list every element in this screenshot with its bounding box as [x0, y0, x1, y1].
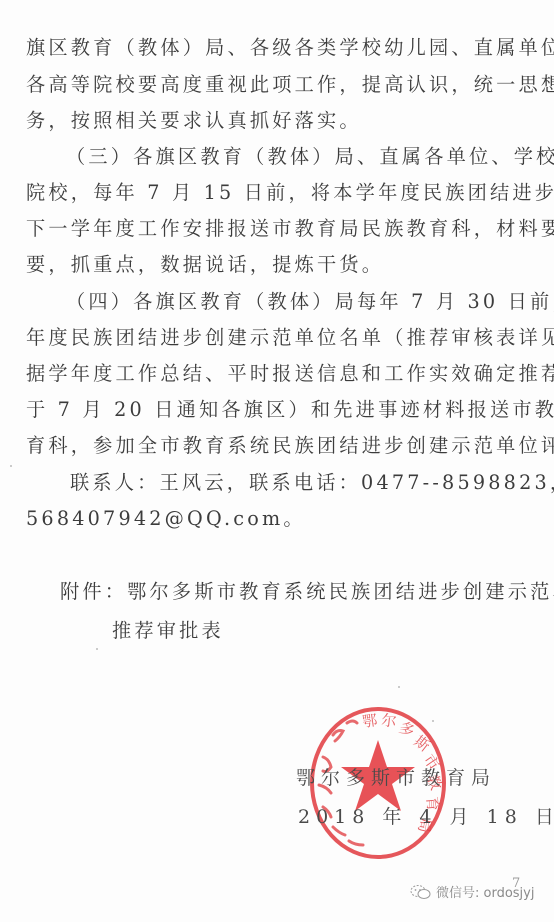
attachment-line-2: 推荐审批表: [112, 619, 224, 643]
text-line: 旗区教育（教体）局、各级各类学校幼儿园、直属单位、学校、: [26, 36, 554, 60]
issuing-organization: 鄂尔多斯市教育局: [296, 763, 496, 790]
wechat-watermark: 微信号: ordosjyj: [410, 882, 534, 901]
text-line: 于 7 月 20 日通知各旗区）和先进事迹材料报送市教育局民族教: [26, 398, 554, 422]
text-line: 据学年度工作总结、平时报送信息和工作实效确定推荐名额，并: [26, 362, 554, 386]
scan-speck: [398, 686, 400, 688]
text-line: （四）各旗区教育（教体）局每年 7 月 30 日前，推荐本学: [66, 290, 554, 314]
scan-speck: [10, 465, 12, 467]
contact-line: 联系人：王风云，联系电话：0477--8598823，电子邮箱：: [70, 471, 554, 495]
text-line: 院校，每年 7 月 15 日前，将本学年度民族团结进步教育总结和: [26, 181, 554, 205]
issue-date: 2018 年 4 月 18 日: [298, 802, 554, 829]
document-page: 旗区教育（教体）局、各级各类学校幼儿园、直属单位、学校、 各高等院校要高度重视此…: [0, 0, 554, 922]
wechat-icon: [410, 884, 432, 900]
text-line: 要，抓重点，数据说话，提炼干货。: [26, 253, 384, 277]
text-line: 年度民族团结进步创建示范单位名单（推荐审核表详见附件，根: [26, 326, 554, 350]
svg-text:鄂: 鄂: [361, 711, 378, 731]
text-line: 各高等院校要高度重视此项工作，提高认识，统一思想，明确任: [26, 73, 554, 97]
text-line: （三）各旗区教育（教体）局、直属各单位、学校，各高等: [66, 145, 554, 169]
scan-speck: [432, 720, 434, 722]
text-line: 务，按照相关要求认真抓好落实。: [26, 109, 362, 133]
svg-text:多: 多: [397, 718, 418, 740]
watermark-text: 微信号: ordosjyj: [436, 882, 534, 901]
attachment-line: 附件：鄂尔多斯市教育系统民族团结进步创建示范单位: [60, 580, 554, 604]
contact-email-line: 568407942@QQ.com。: [26, 507, 306, 531]
text-line: 育科，参加全市教育系统民族团结进步创建示范单位评选。: [26, 434, 554, 458]
scan-speck: [96, 648, 98, 650]
svg-text:尔: 尔: [381, 711, 398, 730]
text-line: 下一学年度工作安排报送市教育局民族教育科，材料要简明扼: [26, 217, 554, 241]
